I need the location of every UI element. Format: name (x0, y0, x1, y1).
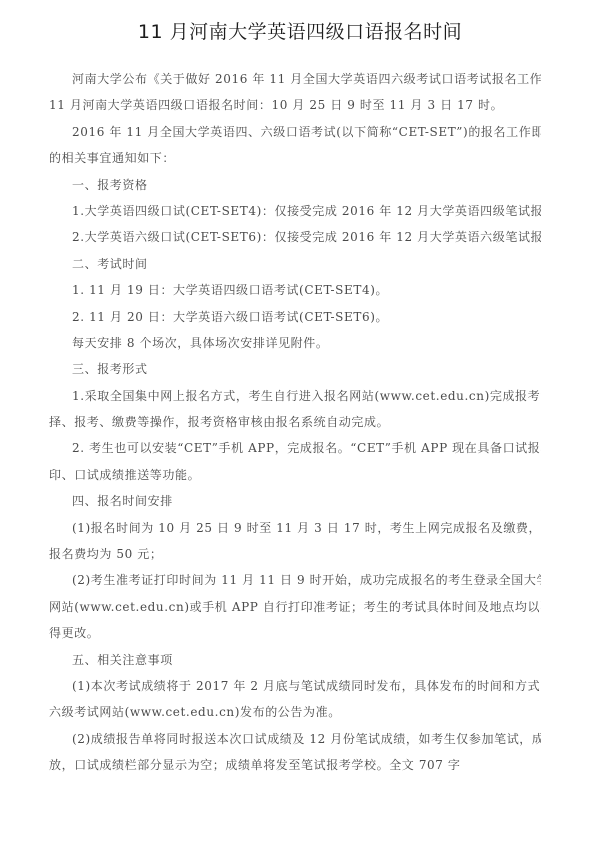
schedule-item-1-line-2: 报名费均为 50 元； (49, 541, 541, 567)
document-page: 11 月河南大学英语四级口语报名时间 河南大学公布《关于做好 2016 年 11… (0, 0, 600, 849)
section-heading-registration-schedule: 四、报名时间安排 (49, 488, 541, 514)
schedule-item-2-line-2: 网站(www.cet.edu.cn)或手机 APP 自行打印准考证；考生的考试具… (49, 594, 541, 620)
notes-item-2-line-2: 放，口试成绩栏部分显示为空；成绩单将发至笔试报考学校。全文 707 字 (49, 752, 541, 778)
registration-method-item-1-line-1: 1.采取全国集中网上报名方式，考生自行进入报名网站(www.cet.edu.cn… (49, 383, 541, 409)
exam-time-note: 每天安排 8 个场次，具体场次安排详见附件。 (49, 330, 541, 356)
section-heading-exam-time: 二、考试时间 (49, 251, 541, 277)
schedule-item-2-line-1: (2)考生准考证打印时间为 11 月 11 日 9 时开始，成功完成报名的考生登… (49, 567, 541, 593)
registration-method-item-1-line-2: 择、报考、缴费等操作，报考资格审核由报名系统自动完成。 (49, 409, 541, 435)
schedule-item-2-line-3: 得更改。 (49, 620, 541, 646)
notes-item-1-line-2: 六级考试网站(www.cet.edu.cn)发布的公告为准。 (49, 699, 541, 725)
registration-method-item-2-line-1: 2. 考生也可以安装“CET”手机 APP，完成报名。“CET”手机 APP 现… (49, 435, 541, 461)
exam-time-item-1: 1. 11 月 19 日：大学英语四级口语考试(CET-SET4)。 (49, 277, 541, 303)
paragraph-notice-line-2: 的相关事宜通知如下： (49, 145, 541, 171)
document-body: 河南大学公布《关于做好 2016 年 11 月全国大学英语四六级考试口语考试报名… (49, 66, 541, 779)
eligibility-item-2: 2.大学英语六级口试(CET-SET6)：仅接受完成 2016 年 12 月大学… (49, 224, 541, 250)
paragraph-intro-line-1: 河南大学公布《关于做好 2016 年 11 月全国大学英语四六级考试口语考试报名… (49, 66, 541, 92)
section-heading-registration-method: 三、报考形式 (49, 356, 541, 382)
exam-time-item-2: 2. 11 月 20 日：大学英语六级口语考试(CET-SET6)。 (49, 304, 541, 330)
section-heading-notes: 五、相关注意事项 (49, 647, 541, 673)
schedule-item-1-line-1: (1)报名时间为 10 月 25 日 9 时至 11 月 3 日 17 时，考生… (49, 515, 541, 541)
paragraph-notice-line-1: 2016 年 11 月全国大学英语四、六级口语考试(以下简称“CET-SET”)… (49, 119, 541, 145)
notes-item-1-line-1: (1)本次考试成绩将于 2017 年 2 月底与笔试成绩同时发布，具体发布的时间… (49, 673, 541, 699)
document-title: 11 月河南大学英语四级口语报名时间 (0, 20, 600, 44)
section-heading-eligibility: 一、报考资格 (49, 172, 541, 198)
notes-item-2-line-1: (2)成绩报告单将同时报送本次口试成绩及 12 月份笔试成绩，如考生仅参加笔试，… (49, 726, 541, 752)
registration-method-item-2-line-2: 印、口试成绩推送等功能。 (49, 462, 541, 488)
eligibility-item-1: 1.大学英语四级口试(CET-SET4)：仅接受完成 2016 年 12 月大学… (49, 198, 541, 224)
paragraph-intro-line-2: 11 月河南大学英语四级口语报名时间：10 月 25 日 9 时至 11 月 3… (49, 92, 541, 118)
